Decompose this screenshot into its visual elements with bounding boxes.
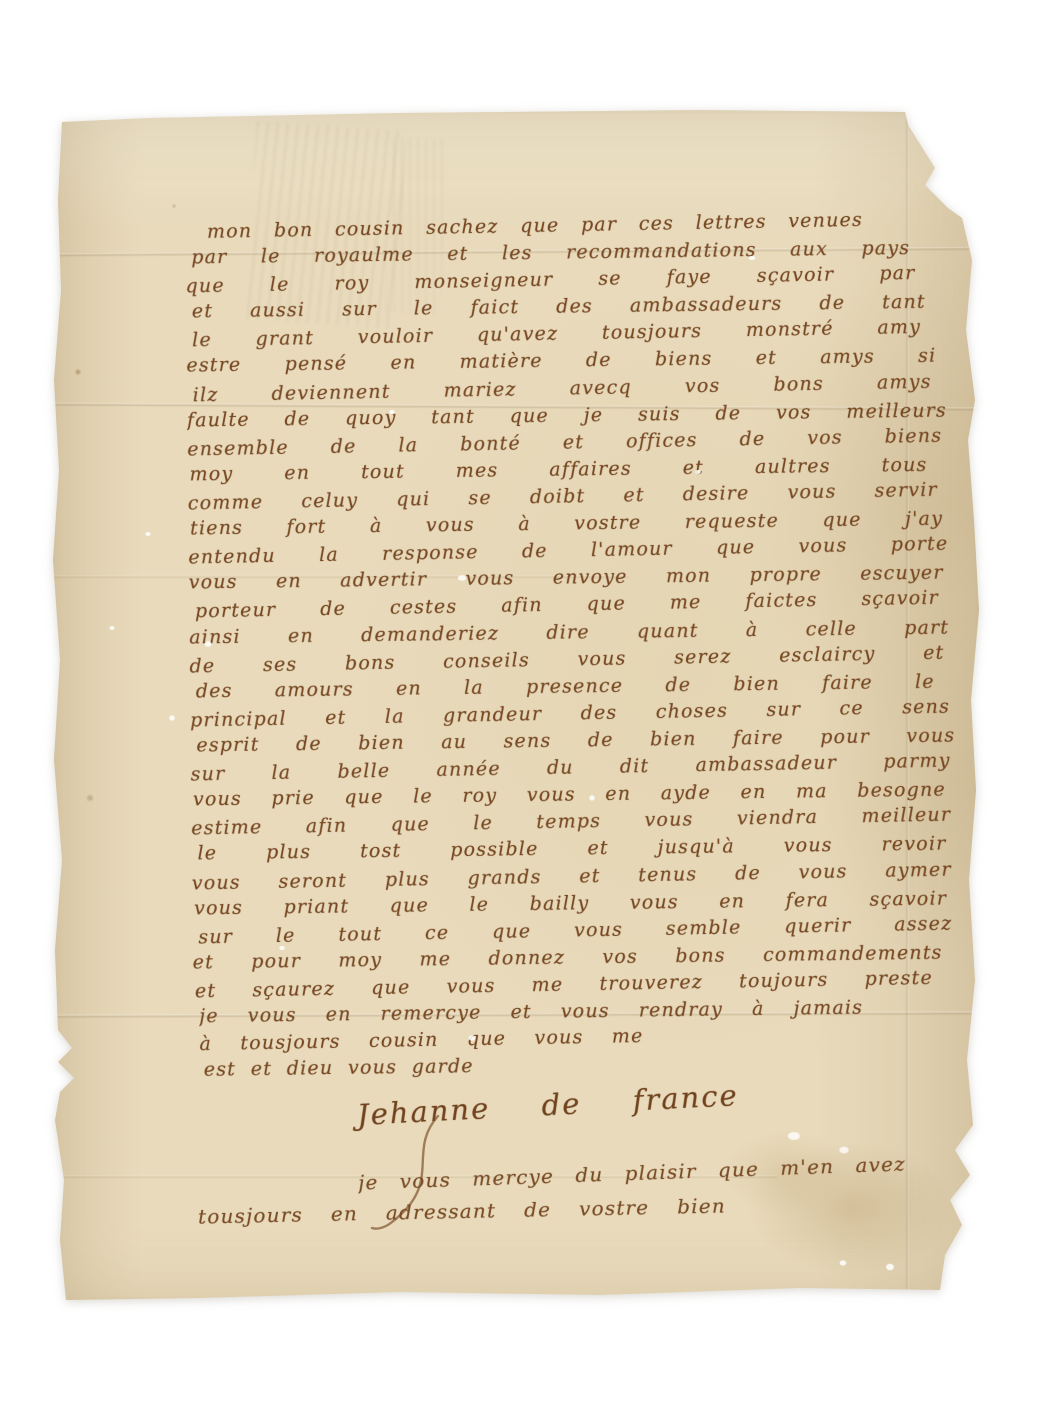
photograph-background: mon bon cousin sachez que par ces lettre… <box>0 0 1041 1427</box>
manuscript-line: est et dieu vous garde <box>204 1054 474 1084</box>
manuscript-page: mon bon cousin sachez que par ces lettre… <box>52 108 982 1304</box>
paper-shadow-wrap: mon bon cousin sachez que par ces lettre… <box>0 0 1041 1427</box>
